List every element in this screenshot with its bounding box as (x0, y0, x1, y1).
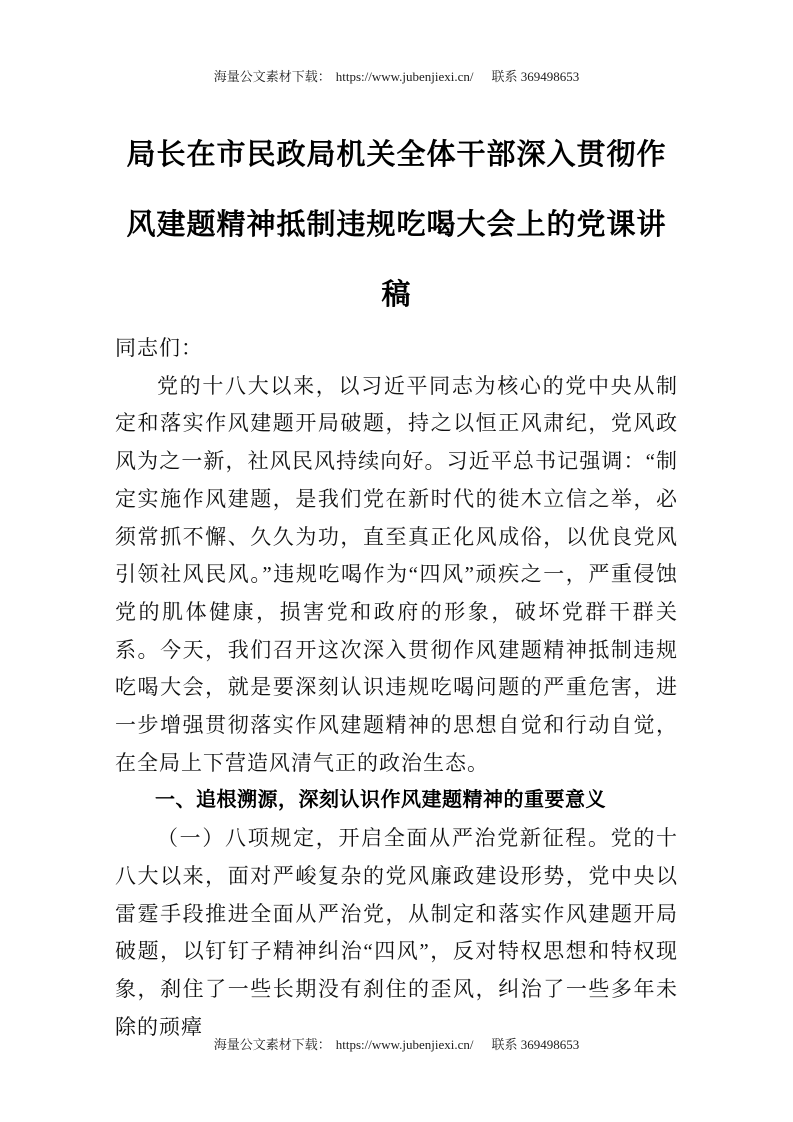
footer-url: https://www.jubenjiexi.cn/ (336, 1037, 474, 1052)
page-footer: 海量公文素材下载：https://www.jubenjiexi.cn/联系 36… (0, 1034, 793, 1053)
document-body: 同志们： 党的十八大以来，以习近平同志为核心的党中央从制定和落实作风建题开局破题… (115, 330, 678, 1046)
document-page: 海量公文素材下载：https://www.jubenjiexi.cn/联系 36… (0, 0, 793, 1122)
section-heading-1: 一、追根溯源，深刻认识作风建题精神的重要意义 (115, 782, 678, 820)
salutation: 同志们： (115, 330, 678, 368)
footer-contact: 联系 369498653 (492, 1037, 580, 1052)
header-site-label: 海量公文素材下载： (214, 69, 331, 84)
page-header: 海量公文素材下载：https://www.jubenjiexi.cn/联系 36… (0, 66, 793, 85)
header-url: https://www.jubenjiexi.cn/ (336, 69, 474, 84)
footer-site-label: 海量公文素材下载： (214, 1037, 331, 1052)
paragraph-1: 党的十八大以来，以习近平同志为核心的党中央从制定和落实作风建题开局破题，持之以恒… (115, 368, 678, 783)
document-title: 局长在市民政局机关全体干部深入贯彻作风建题精神抵制违规吃喝大会上的党课讲稿 (114, 120, 679, 330)
paragraph-2: （一）八项规定，开启全面从严治党新征程。党的十八大以来，面对严峻复杂的党风廉政建… (115, 820, 678, 1046)
header-contact: 联系 369498653 (492, 69, 580, 84)
